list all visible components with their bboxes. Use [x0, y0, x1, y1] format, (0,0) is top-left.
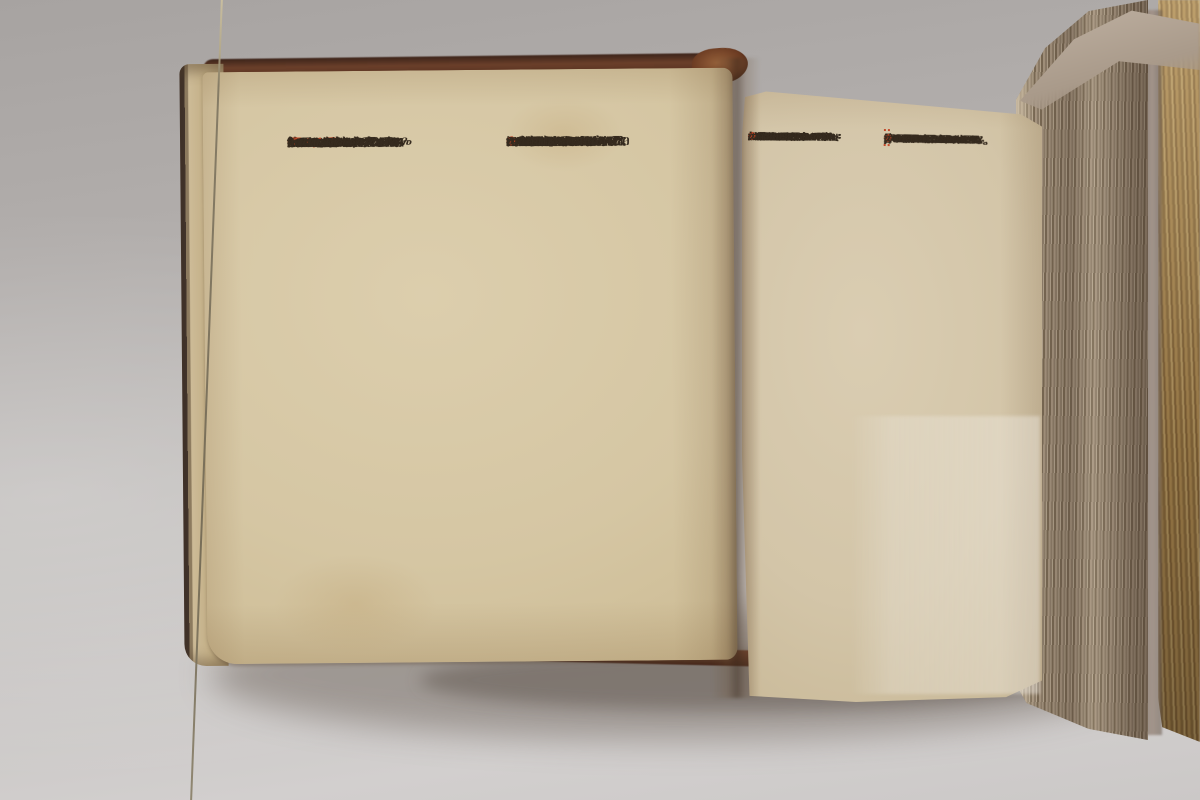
page-block-gold-edge	[1158, 0, 1200, 742]
manuscript-text: ሥኪ፡ዘእጾርዎ፡ዕብራ	[506, 128, 624, 153]
manuscript-text: ቅርኪ፡ከመ፡አመስል	[287, 130, 401, 155]
manuscript-text: ወከማሁ፡	[748, 124, 788, 150]
manuscript-text: ወበጼሆ፡ሳዙረ	[884, 126, 946, 153]
translucent-guard-sheet	[850, 416, 1040, 694]
gutter-shadow	[712, 58, 760, 698]
left-page-parchment	[202, 68, 737, 665]
photo-stage: ጌንወኒ፡ጌና፡ፍቅርኪ፡ከመ፡ጌና፡ገነት፡ዘምዑዕ፡ውስቲቱ፡እፈዎት፡ዘጽ…	[0, 0, 1200, 800]
